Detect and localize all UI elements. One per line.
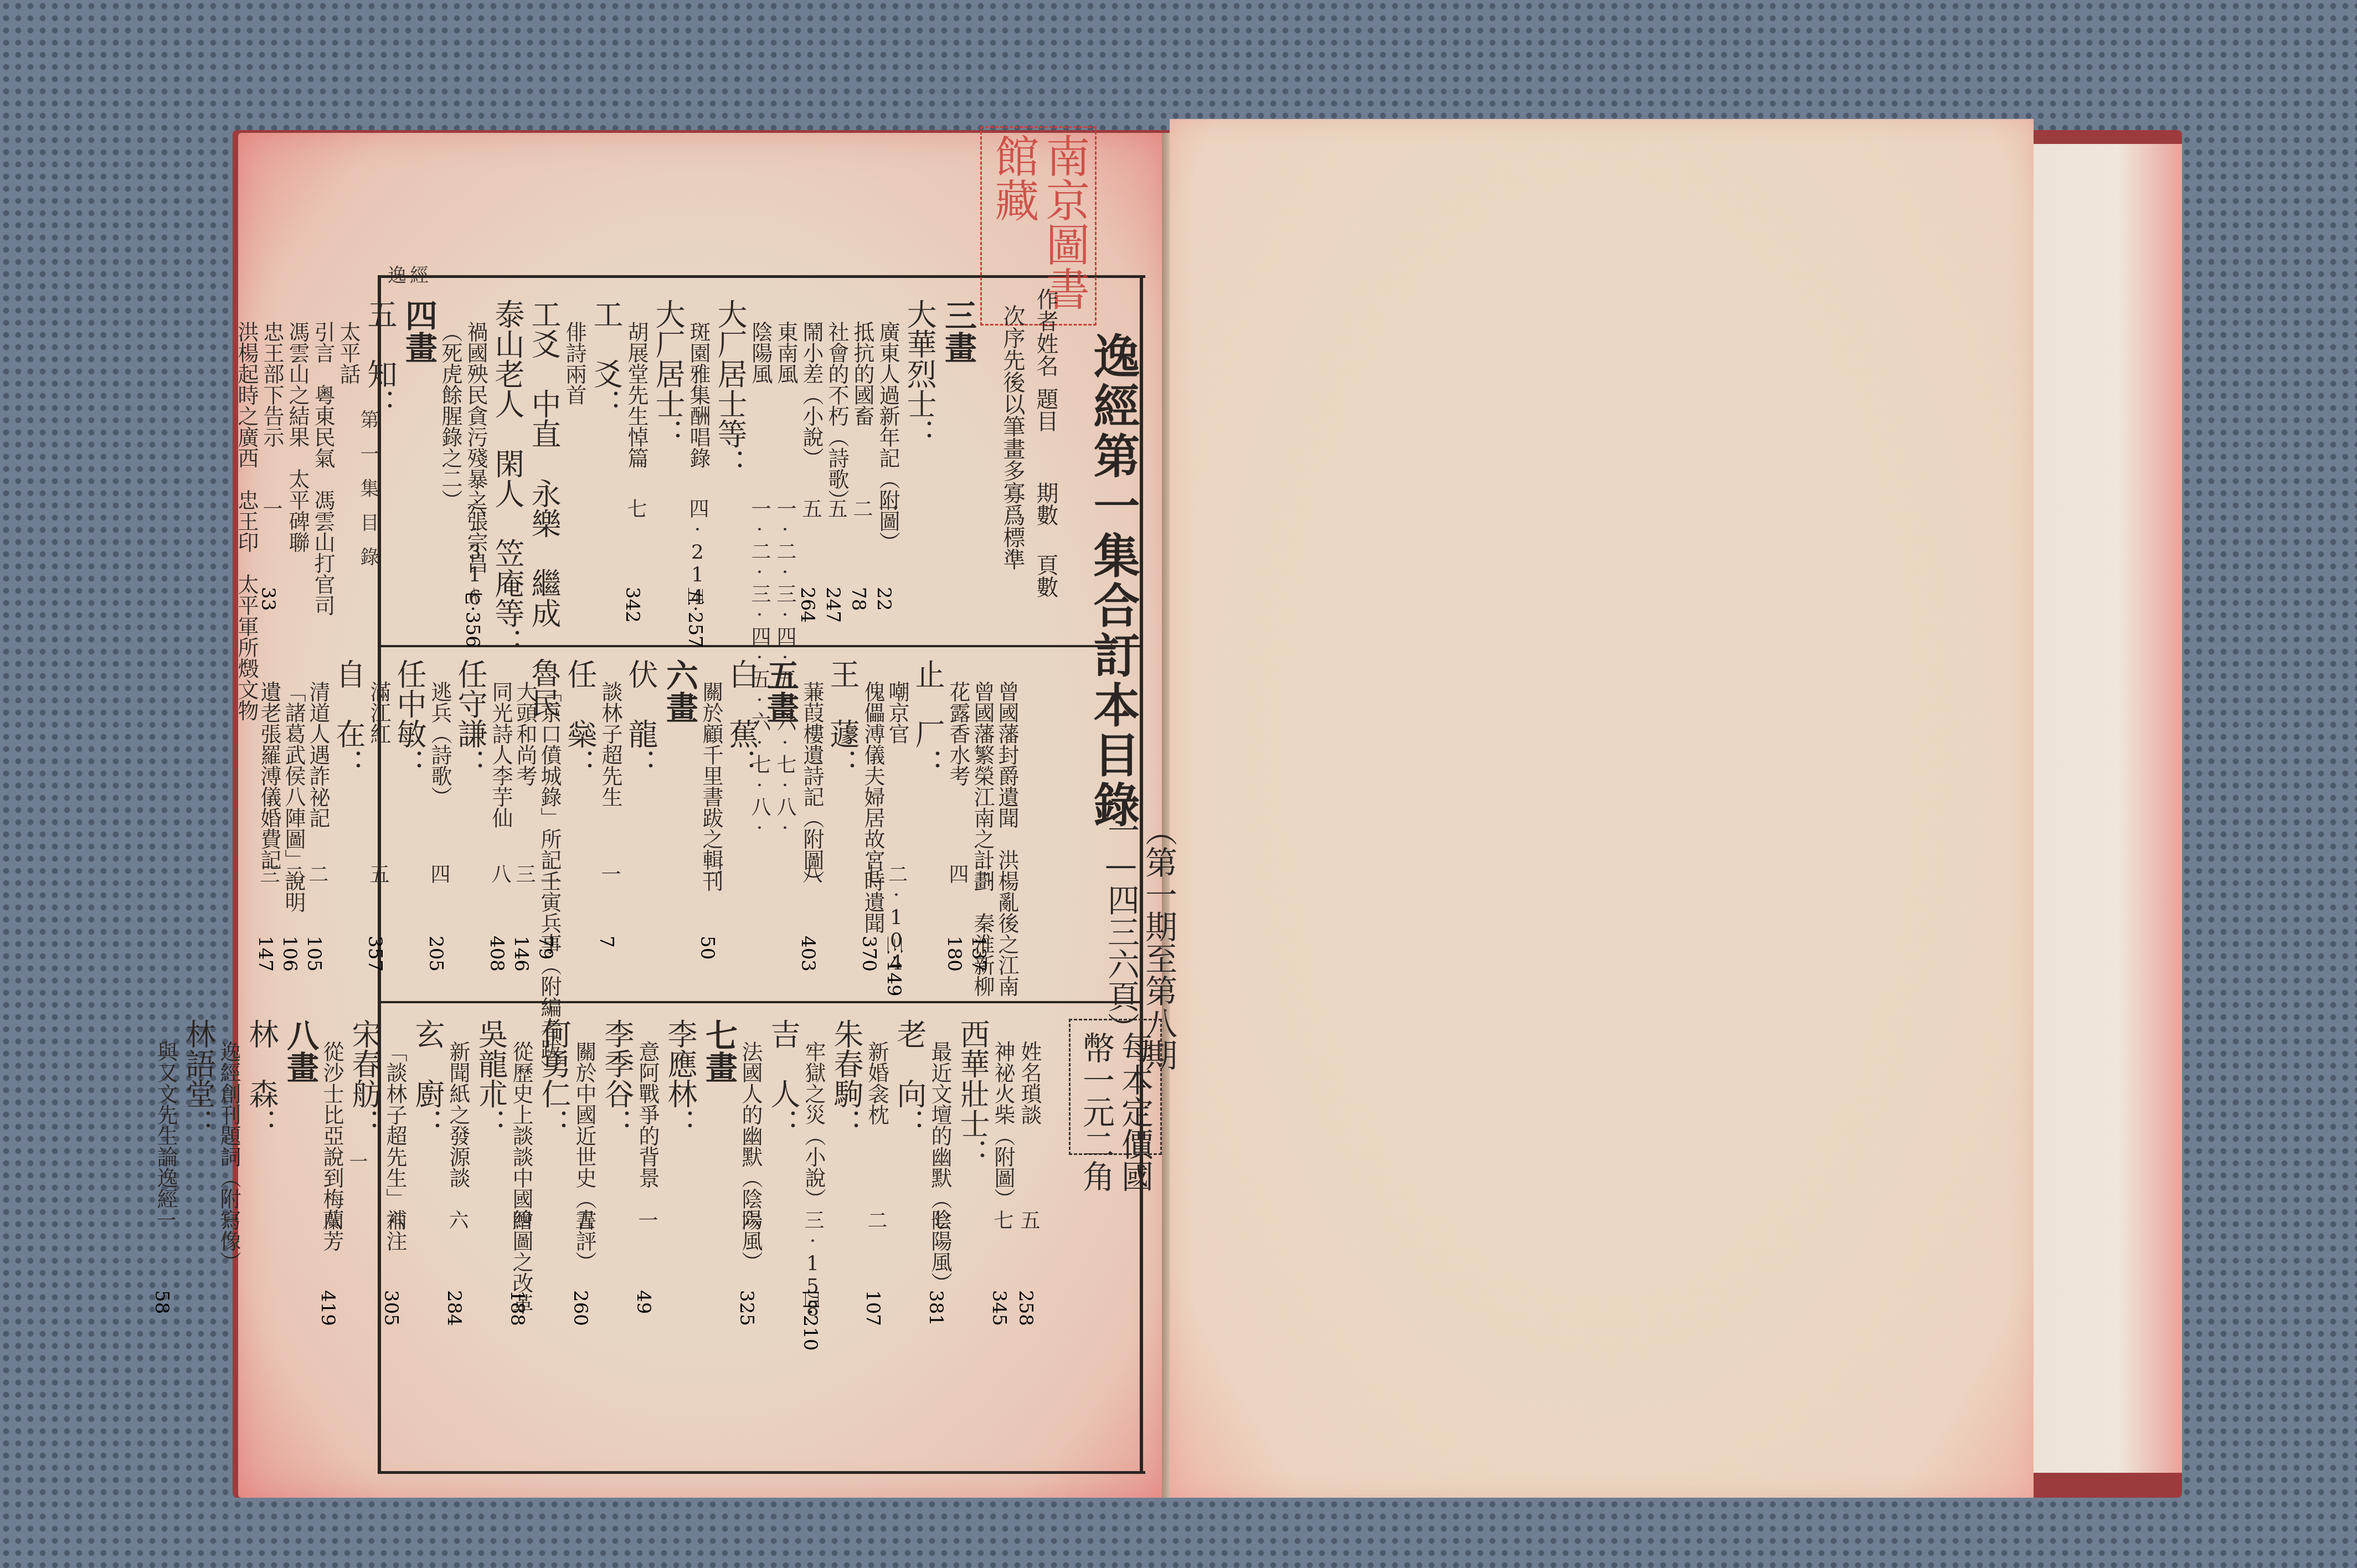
- toc-author: 何勇仁：: [533, 1019, 575, 1138]
- toc-author: 五 知：: [359, 299, 402, 419]
- band-divider: [378, 1001, 1142, 1003]
- header-title-label: 題目: [1030, 388, 1062, 432]
- toc-author: 林 森：: [240, 1019, 283, 1138]
- toc-author: 任 橤：: [559, 659, 601, 778]
- toc-issue-number: 八: [317, 1210, 345, 1230]
- toc-issue-number: 五: [796, 498, 825, 518]
- toc-issue-number: 七: [988, 1210, 1016, 1230]
- right-page-blank: [1170, 119, 2034, 1498]
- toc-issue-number: 八: [797, 864, 825, 884]
- toc-page-number: 146: [510, 936, 532, 972]
- toc-page-number: 七·356: [461, 587, 488, 648]
- toc-page-number: 180: [943, 936, 965, 972]
- toc-page-number: 403: [797, 936, 819, 972]
- toc-page-number: 305: [380, 1290, 402, 1326]
- toc-page-number: 五·257: [683, 587, 711, 648]
- toc-page-number: 325: [735, 1290, 758, 1326]
- toc-page-number: 106: [279, 936, 301, 972]
- toc-page-number: 137: [967, 936, 990, 972]
- toc-issue-number: 六: [735, 1210, 764, 1230]
- toc-author: 大厂居士等：: [709, 299, 752, 478]
- toc-page-number: 105: [303, 936, 325, 972]
- header-author-label: 作者姓名: [1030, 288, 1062, 376]
- toc-page-number: 260: [569, 1290, 591, 1326]
- toc-author: 工爻 中直 永樂 繼成 魯民: [523, 299, 565, 718]
- toc-issue-number: 五: [364, 864, 392, 884]
- header-issue-label: 期數: [1030, 482, 1062, 526]
- toc-page-number: 22: [873, 587, 895, 611]
- toc-entry-title: 姓名瑣談: [1015, 1041, 1045, 1125]
- toc-author: 自 在：: [327, 659, 370, 778]
- margin-page-number: 一: [343, 1152, 370, 1170]
- stroke-count-heading: 三畫: [935, 299, 981, 363]
- toc-author: 大厂居士：: [647, 299, 689, 448]
- toc-page-number: 79: [534, 936, 557, 960]
- order-note: 次序先後以筆畫多寡爲標準: [997, 305, 1028, 570]
- toc-author: 玄 廚：: [406, 1019, 449, 1138]
- toc-author: 任中敏：: [388, 659, 431, 778]
- toc-issue-number: 六: [443, 1210, 471, 1230]
- stroke-count-heading: 五畫: [757, 659, 804, 723]
- stroke-count-heading: 六畫: [656, 659, 703, 723]
- price-line: 幣一元二角: [1079, 1031, 1113, 1142]
- toc-author: 吉 人：: [762, 1019, 805, 1138]
- toc-author: 工 爻：: [585, 299, 627, 419]
- toc-entry-title: 洪楊起時之廣西 忠王印 太平軍所燬文物: [231, 321, 262, 721]
- stamp-text: 館藏: [990, 133, 1036, 318]
- toc-page-number: 342: [621, 587, 644, 623]
- toc-page-number: 258: [1015, 1290, 1037, 1326]
- toc-page-number: 381: [925, 1290, 947, 1326]
- toc-issue-number: 五: [569, 1210, 598, 1230]
- toc-issue-number: 八: [486, 864, 514, 884]
- toc-issue-number: 一: [873, 498, 901, 518]
- toc-issue-number: 四: [506, 1210, 534, 1230]
- toc-title: 逸經第一集合訂本目錄: [1080, 332, 1147, 831]
- toc-issue-number: 二: [862, 1210, 890, 1230]
- toc-issue-number: 五: [1015, 1210, 1043, 1230]
- toc-issue-number: 五: [822, 498, 850, 518]
- toc-page-number: 345: [988, 1290, 1010, 1326]
- toc-author: 王 蘧：: [821, 659, 864, 778]
- toc-issue-number: 二: [534, 864, 563, 884]
- toc-author: 李季谷：: [596, 1019, 639, 1138]
- toc-page-number: 419: [317, 1290, 339, 1326]
- toc-page-number: 49: [632, 1290, 655, 1314]
- toc-author: 吳龍朮：: [470, 1019, 512, 1138]
- toc-issue-number: 六: [380, 1210, 408, 1230]
- toc-page-number: 247: [822, 587, 844, 623]
- toc-page-number: 284: [443, 1290, 465, 1326]
- toc-issue-number: 三: [510, 864, 538, 884]
- toc-page-number: 三·149: [882, 936, 909, 997]
- toc-entry-title: 遺老張羅溥儀婚費記: [254, 681, 285, 870]
- toc-author: 李應林：: [659, 1019, 702, 1138]
- header-page-label: 頁數: [1030, 554, 1062, 598]
- toc-issue-number: 四: [425, 864, 453, 884]
- subtitle-line: 一—四三六頁）: [1102, 814, 1140, 1044]
- toc-page-number: 205: [425, 936, 447, 972]
- toc-page-number: 147: [254, 936, 276, 972]
- price-line: 每本定價國: [1118, 1031, 1152, 1142]
- stroke-count-heading: 七畫: [696, 1019, 742, 1083]
- toc-author: 朱春駒：: [825, 1019, 868, 1138]
- toc-author: 宋春舫：: [343, 1019, 386, 1138]
- toc-author: 白 蕉：: [721, 659, 763, 778]
- toc-author: 老 向：: [888, 1019, 931, 1138]
- toc-page-number: 357: [364, 936, 386, 972]
- stroke-count-heading: 八畫: [277, 1019, 323, 1083]
- toc-page-number: 58: [151, 1290, 173, 1314]
- price-notice-box: 每本定價國 幣一元二角: [1069, 1019, 1162, 1155]
- toc-issue-number: 七: [858, 864, 886, 884]
- flyleaf-edge: [2021, 144, 2182, 1473]
- toc-issue-number: 一: [632, 1210, 661, 1230]
- toc-page-number: 188: [506, 1290, 528, 1326]
- toc-issue-number: 一: [214, 1210, 242, 1230]
- toc-author: 西華壯士：: [951, 1019, 994, 1168]
- toc-page-number: 50: [696, 936, 718, 960]
- toc-page-number: 370: [858, 936, 880, 972]
- toc-page-number: 264: [796, 587, 819, 623]
- toc-page-number: 408: [486, 936, 508, 972]
- toc-issue-number: 七: [621, 498, 650, 518]
- toc-issue-number: 一: [696, 864, 724, 884]
- toc-issue-number: 三: [254, 864, 282, 884]
- toc-issue-number: 一: [151, 1210, 179, 1230]
- toc-author: 伏 龍：: [620, 659, 662, 778]
- toc-page-number: 107: [862, 1290, 884, 1326]
- toc-author: 任守謙：: [449, 659, 492, 778]
- toc-author: 泰山老人 閑人 笠庵等：: [486, 299, 529, 658]
- toc-author: 林語堂：: [177, 1019, 220, 1138]
- toc-page-number: 四·210: [799, 1290, 826, 1351]
- toc-page-number: 78: [847, 587, 869, 611]
- toc-author: 止 厂：: [907, 659, 949, 778]
- stroke-count-heading: 四畫: [395, 299, 442, 363]
- toc-issue-number: 三: [967, 864, 996, 884]
- toc-entry-title: 與又文先生論逸經: [151, 1041, 181, 1209]
- toc-issue-number: 四: [943, 864, 971, 884]
- toc-issue-number: 七: [925, 1210, 953, 1230]
- toc-page-number: 7: [595, 936, 617, 948]
- toc-issue-number: 一: [595, 864, 624, 884]
- toc-author: 大華烈士：: [898, 299, 941, 448]
